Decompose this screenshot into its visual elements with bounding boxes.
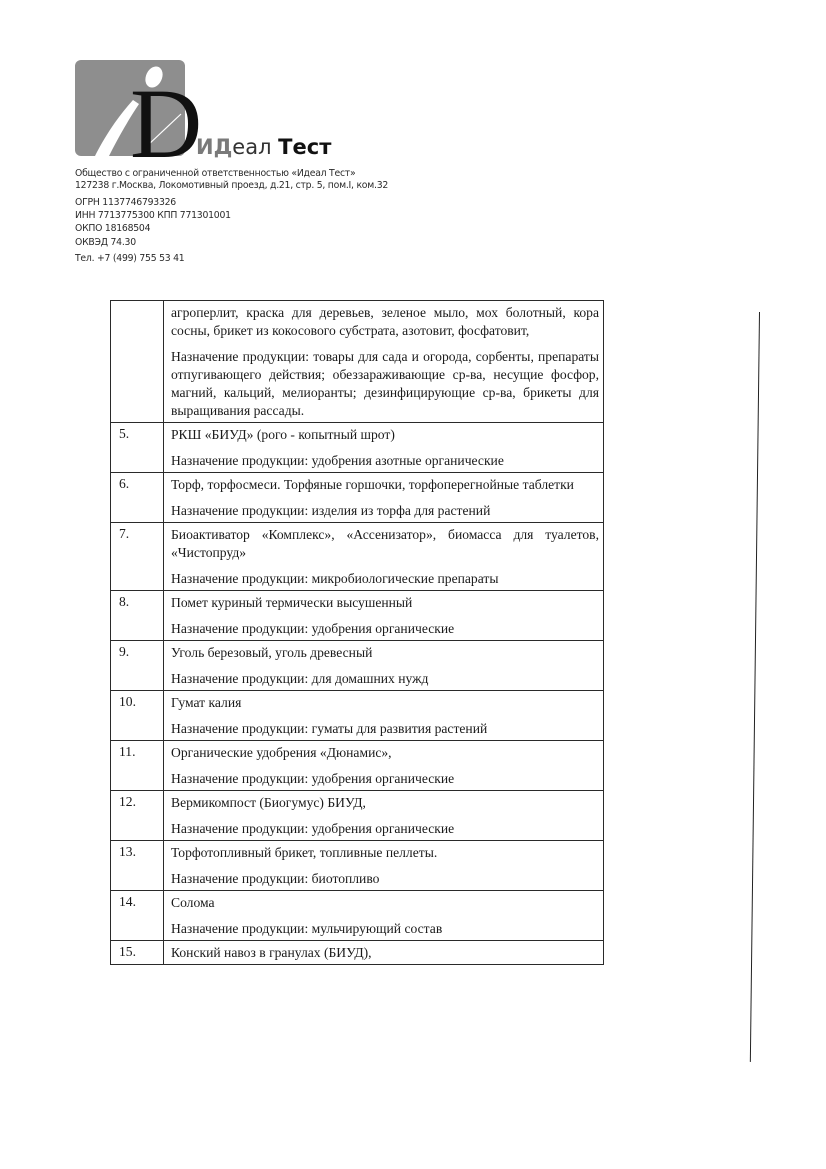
row-content: Помет куриный термически высушенныйНазна… — [164, 591, 604, 641]
row-content: Гумат калияНазначение продукции: гуматы … — [164, 691, 604, 741]
row-content: СоломаНазначение продукции: мульчирующий… — [164, 891, 604, 941]
product-list: Торф, торфосмеси. Торфяные горшочки, тор… — [171, 476, 599, 494]
row-content: Торфотопливный брикет, топливные пеллеты… — [164, 841, 604, 891]
table-row: 6.Торф, торфосмеси. Торфяные горшочки, т… — [111, 473, 604, 523]
product-list: Вермикомпост (Биогумус) БИУД, — [171, 794, 599, 812]
brand-name-middle: еал — [232, 135, 278, 159]
product-purpose: Назначение продукции: товары для сада и … — [171, 348, 599, 420]
row-number: 5. — [111, 423, 164, 473]
row-content: РКШ «БИУД» (рого - копытный шрот)Назначе… — [164, 423, 604, 473]
row-number: 14. — [111, 891, 164, 941]
row-content: Конский навоз в гранулах (БИУД), — [164, 941, 604, 965]
product-purpose: Назначение продукции: микробиологические… — [171, 570, 599, 588]
row-number: 11. — [111, 741, 164, 791]
product-purpose: Назначение продукции: мульчирующий соста… — [171, 920, 599, 938]
company-okpo: ОКПО 18168504 — [75, 222, 388, 235]
company-address: 127238 г.Москва, Локомотивный проезд, д.… — [75, 180, 388, 192]
row-content: Биоактиватор «Комплекс», «Ассенизатор», … — [164, 523, 604, 591]
row-number — [111, 301, 164, 423]
row-content: Торф, торфосмеси. Торфяные горшочки, тор… — [164, 473, 604, 523]
product-list: Торфотопливный брикет, топливные пеллеты… — [171, 844, 599, 862]
table-row: агроперлит, краска для деревьев, зеленое… — [111, 301, 604, 423]
table-row: 10.Гумат калияНазначение продукции: гума… — [111, 691, 604, 741]
row-content: Уголь березовый, уголь древесныйНазначен… — [164, 641, 604, 691]
product-list: Уголь березовый, уголь древесный — [171, 644, 599, 662]
product-list: агроперлит, краска для деревьев, зеленое… — [171, 304, 599, 340]
margin-rule — [750, 312, 761, 1062]
brand-name-prefix: ИД — [196, 135, 232, 159]
table-row: 12.Вермикомпост (Биогумус) БИУД,Назначен… — [111, 791, 604, 841]
table-row: 13.Торфотопливный брикет, топливные пелл… — [111, 841, 604, 891]
product-purpose: Назначение продукции: удобрения органиче… — [171, 820, 599, 838]
row-number: 9. — [111, 641, 164, 691]
product-list: Солома — [171, 894, 599, 912]
product-table: агроперлит, краска для деревьев, зеленое… — [110, 300, 604, 965]
table-row: 14.СоломаНазначение продукции: мульчирую… — [111, 891, 604, 941]
logo-letter-d: D — [130, 84, 202, 164]
brand-name-suffix: Тест — [278, 135, 331, 159]
row-number: 6. — [111, 473, 164, 523]
table-row: 9.Уголь березовый, уголь древесныйНазнач… — [111, 641, 604, 691]
product-list: РКШ «БИУД» (рого - копытный шрот) — [171, 426, 599, 444]
product-list: Конский навоз в гранулах (БИУД), — [171, 944, 599, 962]
product-list: Биоактиватор «Комплекс», «Ассенизатор», … — [171, 526, 599, 562]
product-purpose: Назначение продукции: для домашних нужд — [171, 670, 599, 688]
product-purpose: Назначение продукции: удобрения азотные … — [171, 452, 599, 470]
product-list: Гумат калия — [171, 694, 599, 712]
row-number: 10. — [111, 691, 164, 741]
product-list: Помет куриный термически высушенный — [171, 594, 599, 612]
table-row: 11.Органические удобрения «Дюнамис»,Назн… — [111, 741, 604, 791]
table-row: 5.РКШ «БИУД» (рого - копытный шрот)Назна… — [111, 423, 604, 473]
product-purpose: Назначение продукции: гуматы для развити… — [171, 720, 599, 738]
row-number: 13. — [111, 841, 164, 891]
row-content: агроперлит, краска для деревьев, зеленое… — [164, 301, 604, 423]
product-purpose: Назначение продукции: удобрения органиче… — [171, 620, 599, 638]
product-list: Органические удобрения «Дюнамис», — [171, 744, 599, 762]
row-number: 15. — [111, 941, 164, 965]
product-purpose: Назначение продукции: изделия из торфа д… — [171, 502, 599, 520]
product-purpose: Назначение продукции: удобрения органиче… — [171, 770, 599, 788]
company-phone: Тел. +7 (499) 755 53 41 — [75, 252, 388, 265]
company-ogrn: ОГРН 1137746793326 — [75, 196, 388, 209]
row-number: 7. — [111, 523, 164, 591]
table-row: 7.Биоактиватор «Комплекс», «Ассенизатор»… — [111, 523, 604, 591]
company-okved: ОКВЭД 74.30 — [75, 236, 388, 249]
company-details: Общество с ограниченной ответственностью… — [75, 168, 388, 265]
company-full-name: Общество с ограниченной ответственностью… — [75, 168, 388, 180]
table-row: 8.Помет куриный термически высушенныйНаз… — [111, 591, 604, 641]
product-purpose: Назначение продукции: биотопливо — [171, 870, 599, 888]
row-number: 12. — [111, 791, 164, 841]
row-content: Органические удобрения «Дюнамис»,Назначе… — [164, 741, 604, 791]
table-row: 15.Конский навоз в гранулах (БИУД), — [111, 941, 604, 965]
row-number: 8. — [111, 591, 164, 641]
company-inn-kpp: ИНН 7713775300 КПП 771301001 — [75, 209, 388, 222]
row-content: Вермикомпост (Биогумус) БИУД,Назначение … — [164, 791, 604, 841]
brand-name: ИДеал Тест — [196, 134, 331, 160]
